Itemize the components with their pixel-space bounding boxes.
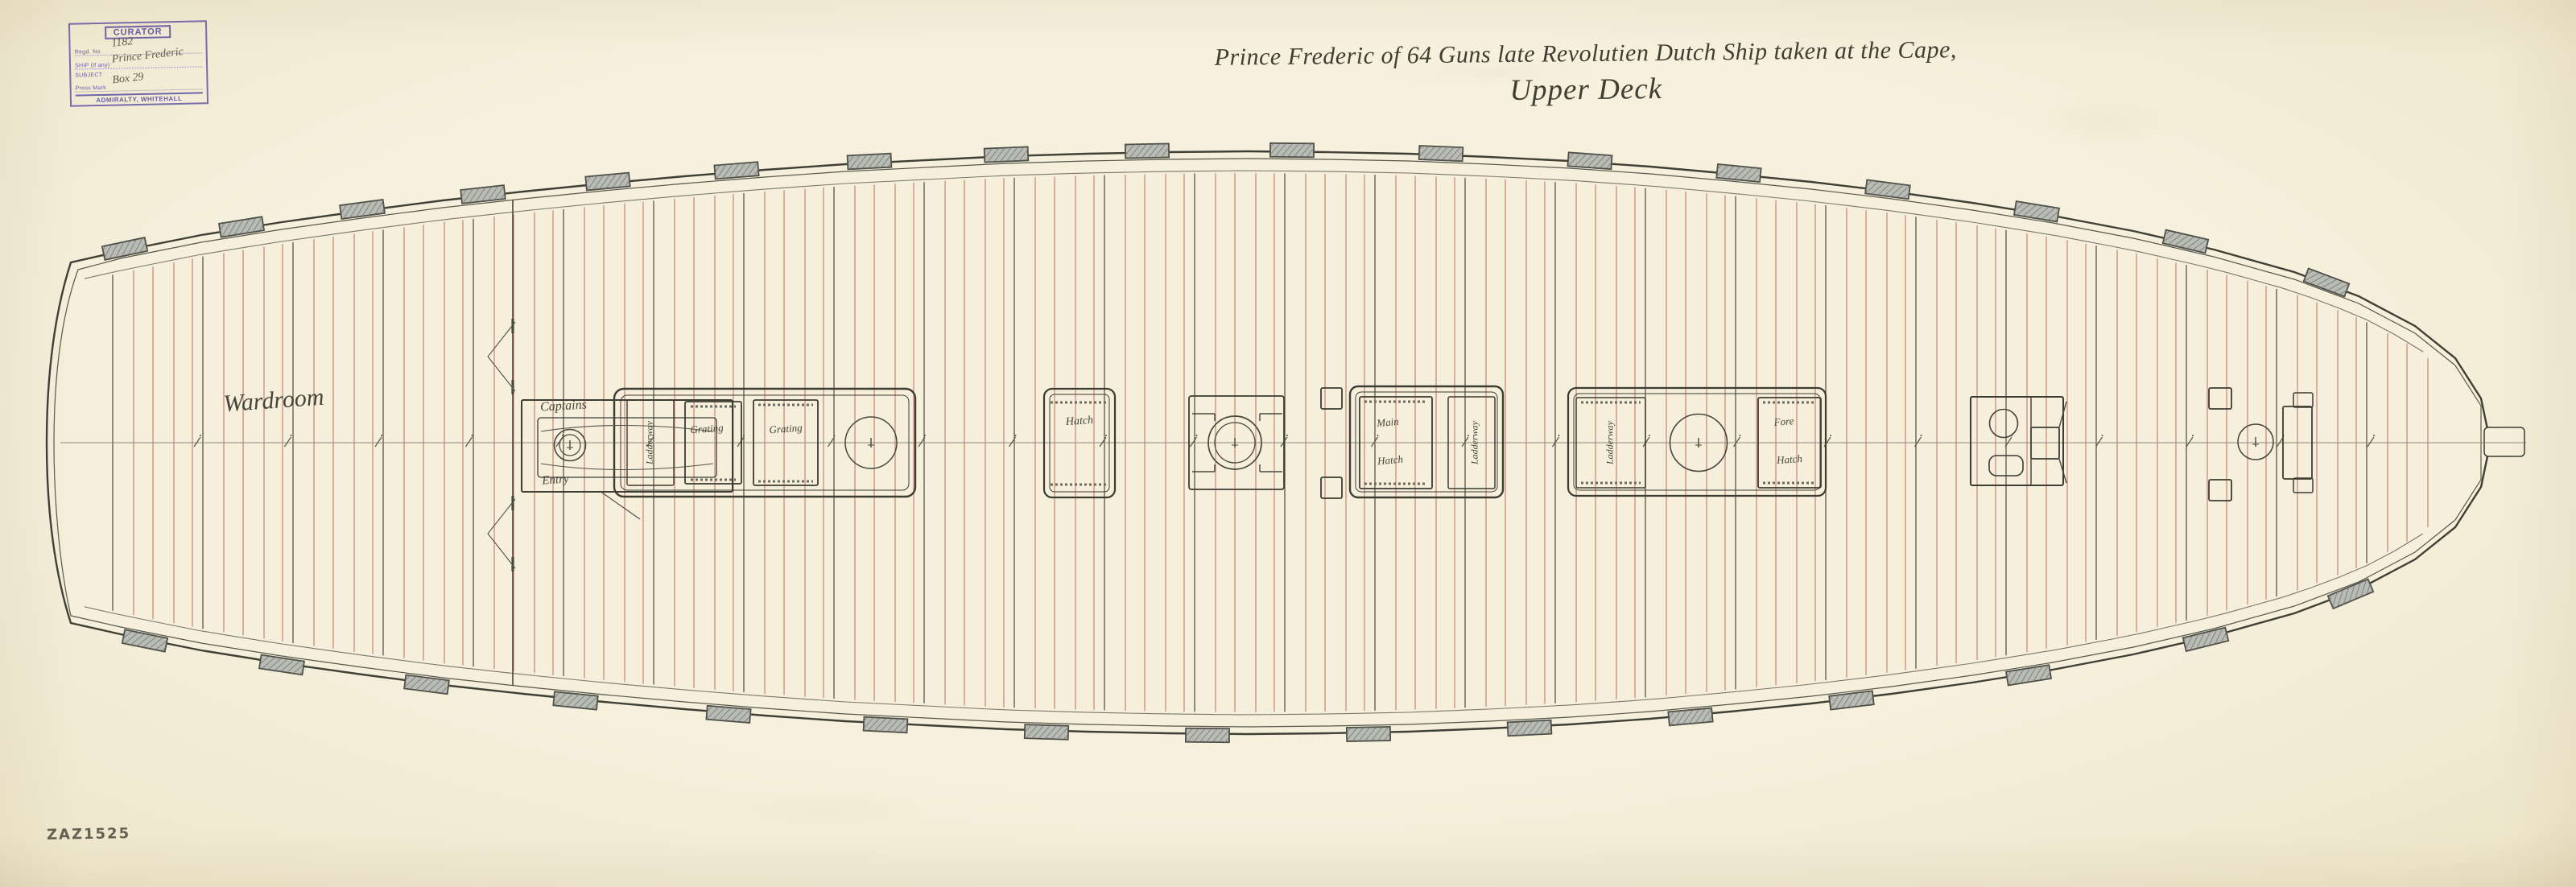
stamp-footer: ADMIRALTY, WHITEHALL (76, 92, 203, 104)
stamp-field-value: Box 29 (112, 71, 145, 87)
deck-label: Hatch (1065, 415, 1093, 429)
drawing-title: Prince Frederic of 64 Guns late Revoluti… (1191, 36, 1981, 111)
deck-label: Ladderway (1469, 421, 1481, 464)
deck-label: Fore (1773, 415, 1794, 429)
stamp-field-label: Press Mark (76, 85, 107, 92)
deck-label: Entry (542, 472, 569, 488)
deck-label: Grating (769, 422, 803, 437)
stamp-field-value: 1182 (111, 35, 134, 51)
deck-plan-drawing (0, 0, 2576, 887)
deck-label: Captains (540, 398, 588, 415)
ship-plan-document: CURATOR Regd. No. 1182 SHIP (if any) Pri… (0, 0, 2576, 887)
stamp-field-press-mark: Press Mark Box 29 (75, 76, 202, 92)
stamp-field-label: Regd. No. (75, 49, 102, 56)
deck-label: Grating (690, 422, 724, 437)
deck-label: Hatch (1777, 452, 1803, 467)
deck-label: Hatch (1377, 453, 1403, 468)
deck-label: Main (1377, 415, 1400, 430)
catalog-number: ZAZ1525 (47, 825, 130, 844)
deck-label: Ladderway (1604, 421, 1616, 464)
stamp-field-label: SHIP (if any) (75, 63, 110, 69)
deck-label: Ladderway (644, 421, 656, 464)
curator-stamp: CURATOR Regd. No. 1182 SHIP (if any) Pri… (68, 20, 208, 107)
